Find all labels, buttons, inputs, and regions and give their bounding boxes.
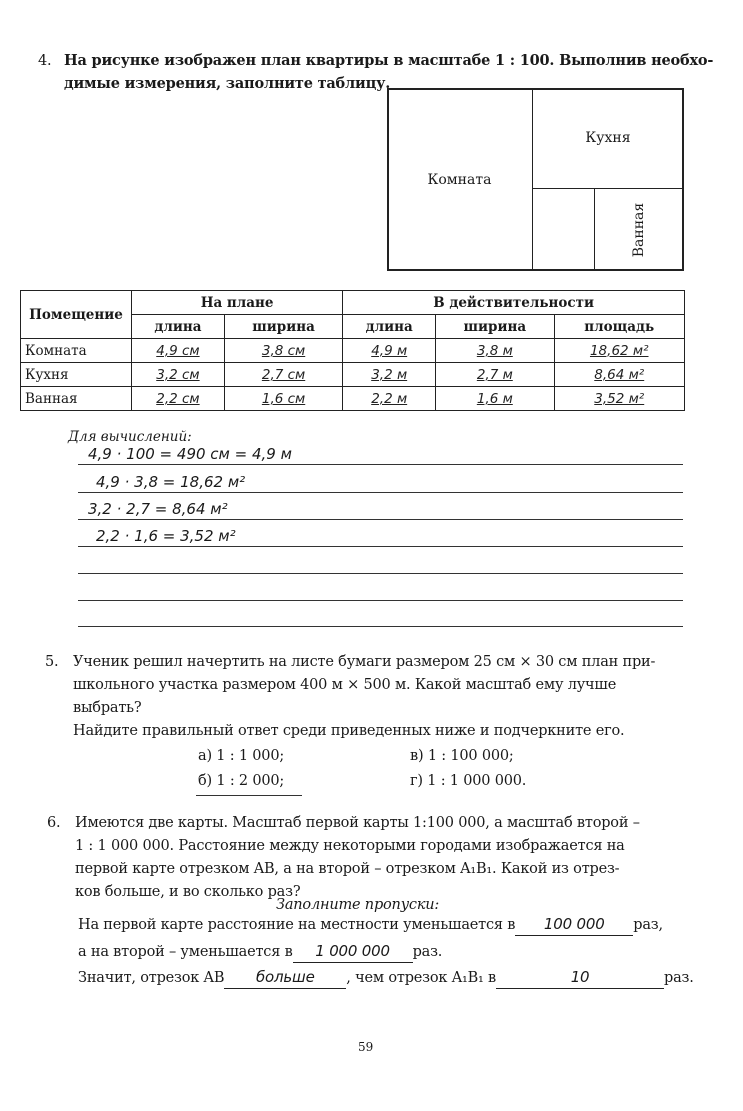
s2-answer-field[interactable]: 1 000 000 [293, 940, 413, 963]
real-length-cell[interactable]: 4,9 м [343, 339, 436, 363]
option-a[interactable]: а) 1 : 1 000; [198, 745, 284, 767]
measurements-table: Помещение На плане В действительности дл… [20, 290, 685, 411]
group-plan-header: На плане [132, 291, 343, 315]
row-name: Ванная [21, 387, 132, 411]
task5-number: 5. [45, 651, 58, 673]
sentence-3: Значит, отрезок ABбольше, чем отрезок A₁… [78, 966, 694, 989]
real-length-cell[interactable]: 2,2 м [343, 387, 436, 411]
table-row: Кухня 3,2 см 2,7 см 3,2 м 2,7 м 8,64 м² [21, 363, 685, 387]
s2-prefix: а на второй – уменьшается в [78, 944, 293, 960]
ruled-line [78, 492, 683, 493]
task6-number: 6. [47, 812, 60, 834]
plan-bathroom: Ванная [594, 188, 684, 271]
area-cell[interactable]: 3,52 м² [554, 387, 685, 411]
area-cell[interactable]: 18,62 м² [554, 339, 685, 363]
s3-middle: , чем отрезок A₁B₁ в [346, 970, 496, 986]
plan-bathroom-label: Ванная [631, 202, 647, 256]
task6-line2: 1 : 1 000 000. Расстояние между некоторы… [75, 835, 625, 857]
sentence-1: На первой карте расстояние на местности … [78, 913, 663, 936]
real-width-header: ширина [436, 315, 554, 339]
plan-width-header: ширина [224, 315, 342, 339]
s3-answer-field-2[interactable]: 10 [496, 966, 664, 989]
s1-suffix: раз, [633, 917, 663, 933]
task6-line1: Имеются две карты. Масштаб первой карты … [75, 812, 640, 834]
real-length-header: длина [343, 315, 436, 339]
s1-prefix: На первой карте расстояние на местности … [78, 917, 515, 933]
ruled-line [78, 519, 683, 520]
option-v[interactable]: в) 1 : 100 000; [410, 745, 514, 767]
row-name: Комната [21, 339, 132, 363]
area-header: площадь [554, 315, 685, 339]
s3-answer-field[interactable]: больше [224, 966, 346, 989]
answer-underline [196, 795, 302, 796]
plan-length-cell[interactable]: 3,2 см [132, 363, 225, 387]
table-row: Ванная 2,2 см 1,6 см 2,2 м 1,6 м 3,52 м² [21, 387, 685, 411]
task5-line1: Ученик решил начертить на листе бумаги р… [73, 651, 655, 673]
task4-text-line2: димые измерения, заполните таблицу. [64, 73, 390, 95]
s3-suffix: раз. [664, 970, 694, 986]
plan-kitchen: Кухня [532, 88, 684, 189]
area-cell[interactable]: 8,64 м² [554, 363, 685, 387]
task5-instruction: Найдите правильный ответ среди приведенн… [73, 720, 624, 742]
calc-line[interactable]: 3,2 · 2,7 = 8,64 м² [88, 500, 228, 518]
task5-line2: школьного участка размером 400 м × 500 м… [73, 674, 616, 696]
s1-answer-field[interactable]: 100 000 [515, 913, 633, 936]
task6-line4: ков больше, и во сколько раз? [75, 881, 300, 903]
page-number: 59 [358, 1040, 373, 1054]
ruled-line [78, 546, 683, 547]
plan-width-cell[interactable]: 3,8 см [224, 339, 342, 363]
s2-suffix: раз. [413, 944, 443, 960]
group-real-header: В действительности [343, 291, 685, 315]
ruled-line [78, 573, 683, 574]
plan-width-cell[interactable]: 1,6 см [224, 387, 342, 411]
calc-line[interactable]: 4,9 · 3,8 = 18,62 м² [96, 473, 245, 491]
plan-room-label: Комната [428, 172, 492, 188]
s3-prefix: Значит, отрезок AB [78, 970, 224, 986]
task4-number: 4. [38, 50, 51, 72]
option-g[interactable]: г) 1 : 1 000 000. [410, 770, 526, 792]
plan-room: Комната [387, 88, 533, 271]
plan-length-cell[interactable]: 4,9 см [132, 339, 225, 363]
ruled-line [78, 600, 683, 601]
real-length-cell[interactable]: 3,2 м [343, 363, 436, 387]
task4-text-line1: На рисунке изображен план квартиры в мас… [64, 50, 713, 72]
plan-width-cell[interactable]: 2,7 см [224, 363, 342, 387]
row-name: Кухня [21, 363, 132, 387]
calc-line[interactable]: 2,2 · 1,6 = 3,52 м² [96, 527, 236, 545]
plan-length-header: длина [132, 315, 225, 339]
table-row: Комната 4,9 см 3,8 см 4,9 м 3,8 м 18,62 … [21, 339, 685, 363]
apartment-plan: Комната Кухня Ванная [387, 88, 684, 271]
real-width-cell[interactable]: 2,7 м [436, 363, 554, 387]
plan-kitchen-label: Кухня [585, 130, 630, 146]
col-room-header: Помещение [21, 291, 132, 339]
option-b[interactable]: б) 1 : 2 000; [198, 770, 284, 792]
calc-label: Для вычислений: [68, 429, 192, 445]
real-width-cell[interactable]: 3,8 м [436, 339, 554, 363]
real-width-cell[interactable]: 1,6 м [436, 387, 554, 411]
sentence-2: а на второй – уменьшается в1 000 000раз. [78, 940, 442, 963]
ruled-line [78, 626, 683, 627]
task6-line3: первой карте отрезком AB, а на второй – … [75, 858, 619, 880]
plan-length-cell[interactable]: 2,2 см [132, 387, 225, 411]
task5-line3: выбрать? [73, 697, 141, 719]
ruled-line [78, 464, 683, 465]
calc-line[interactable]: 4,9 · 100 = 490 см = 4,9 м [88, 445, 292, 463]
